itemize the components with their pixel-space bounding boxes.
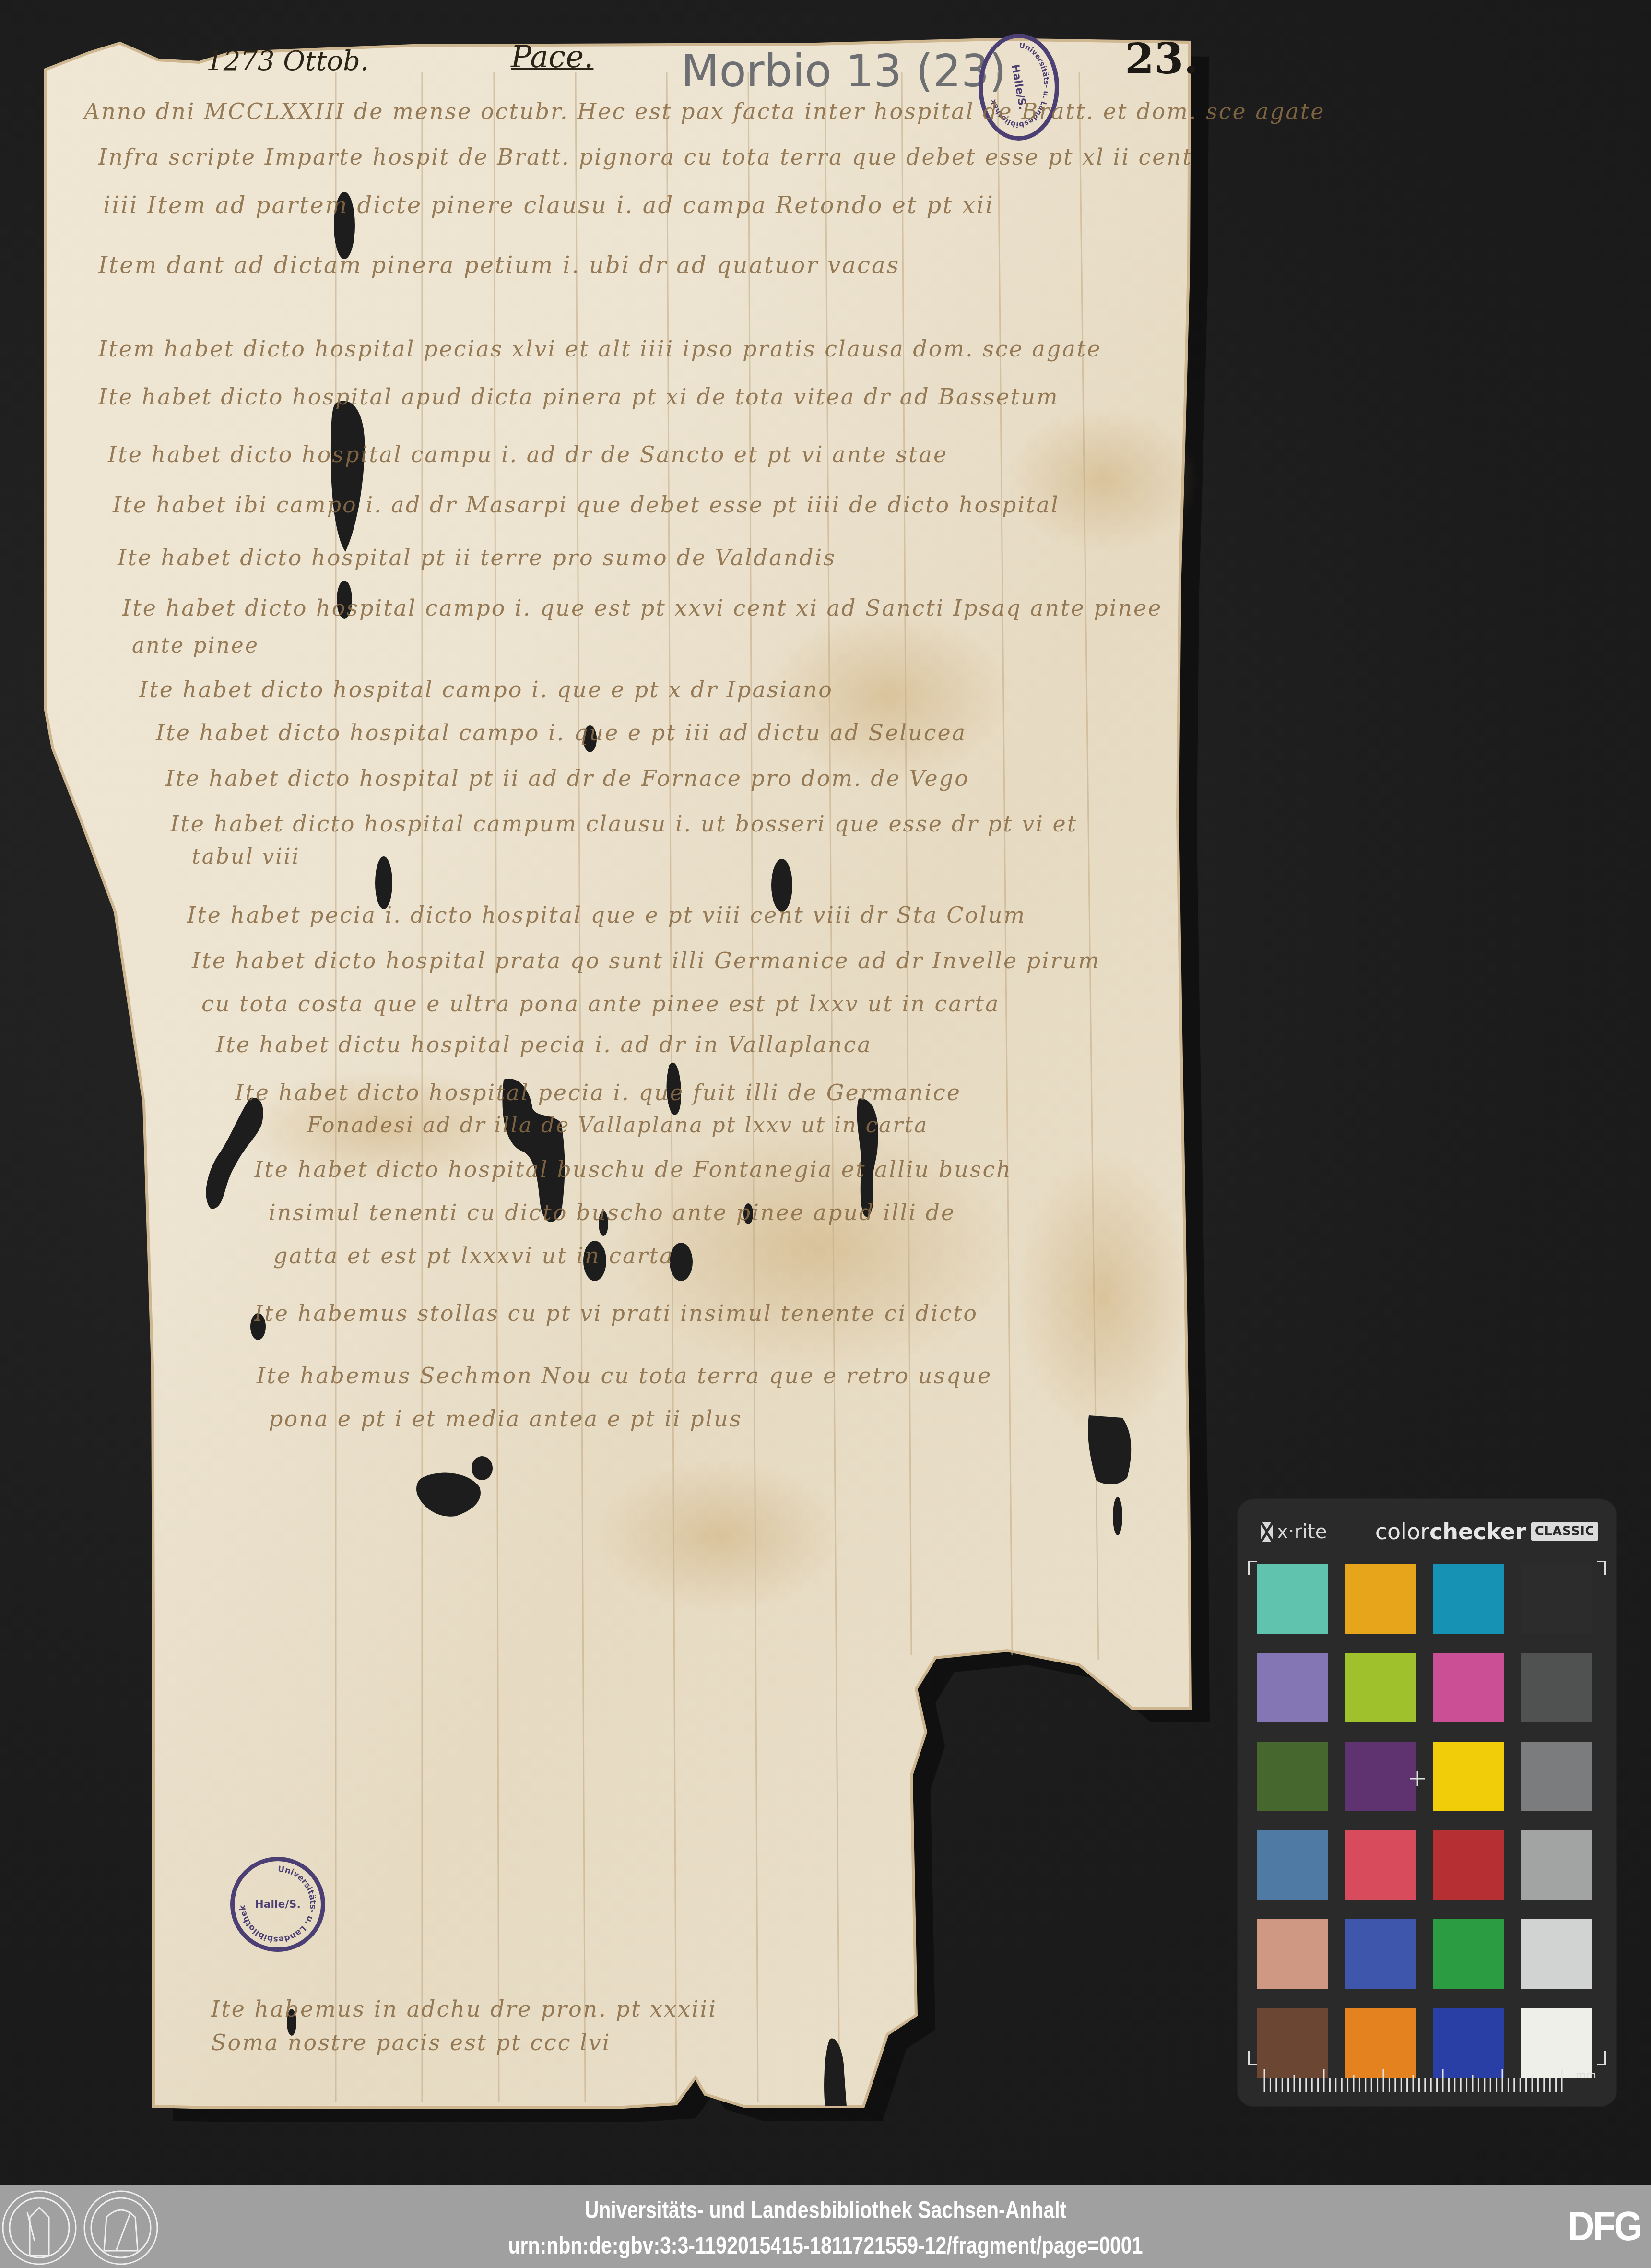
institution-name: Universitäts- und Landesbibliothek Sachs… [149, 2196, 1502, 2224]
xrite-brand-text: x·rite [1277, 1521, 1327, 1543]
folio-number: 23. [1125, 34, 1198, 83]
color-patch [1345, 1742, 1416, 1811]
color-patch [1345, 1564, 1416, 1634]
crosshair-icon [1409, 1770, 1426, 1787]
mm-ruler-icon [1261, 2067, 1568, 2092]
university-seals-icon [1, 2188, 159, 2268]
color-patch [1433, 1564, 1504, 1634]
subject-annotation: Pace. [511, 39, 593, 75]
library-stamp-bottom: Universitäts- u. Landesbibliothek Halle/… [230, 1857, 325, 1952]
color-patch [1433, 1653, 1504, 1722]
color-patch [1433, 1919, 1504, 1989]
color-patch [1257, 1830, 1328, 1900]
color-patch [1521, 1742, 1592, 1811]
stamp-ring-text-icon: Universitäts- u. Landesbibliothek [235, 1861, 321, 1947]
title-light: color [1375, 1519, 1429, 1544]
dfg-logo: DFG [1568, 2203, 1641, 2250]
color-patch [1257, 1919, 1328, 1989]
ruler-unit-label: mm [1576, 2069, 1596, 2081]
xrite-brand: x·rite [1261, 1521, 1327, 1543]
color-patch [1521, 1830, 1592, 1900]
classic-badge: CLASSIC [1531, 1522, 1598, 1541]
title-bold: checker [1429, 1519, 1526, 1544]
color-patch-grid [1257, 1564, 1592, 2078]
color-checker-card: x·rite colorchecker CLASSIC mm [1238, 1499, 1616, 2106]
color-patch [1521, 1919, 1592, 1989]
color-patch [1257, 1653, 1328, 1722]
corner-mark-tl [1248, 1561, 1257, 1575]
corner-mark-bl [1248, 2051, 1257, 2065]
xrite-logo-icon [1261, 1522, 1273, 1542]
library-stamp-top: Universitäts- u. Landesbibliothek Halle/… [979, 34, 1059, 141]
corner-mark-br [1597, 2051, 1606, 2065]
urn-identifier[interactable]: urn:nbn:de:gbv:3:3-1192015415-1811721559… [149, 2232, 1502, 2259]
color-patch [1257, 1742, 1328, 1811]
color-patch [1345, 1653, 1416, 1722]
color-patch [1433, 1742, 1504, 1811]
colorchecker-title: colorchecker CLASSIC [1375, 1519, 1598, 1544]
color-patch [1521, 1653, 1592, 1722]
color-patch [1521, 1564, 1592, 1634]
color-patch [1257, 1564, 1328, 1634]
shelfmark-pencil-annotation: Morbio 13 (23) [681, 46, 1006, 97]
color-patch [1433, 1830, 1504, 1900]
svg-text:Universitäts- u. Landesbibliot: Universitäts- u. Landesbibliothek [238, 1864, 318, 1944]
footer-bar: Universitäts- und Landesbibliothek Sachs… [0, 2185, 1651, 2268]
color-patch [1345, 1919, 1416, 1989]
color-patch [1345, 1830, 1416, 1900]
corner-mark-tr [1597, 1561, 1606, 1575]
date-annotation: 1273 Ottob. [206, 46, 369, 77]
